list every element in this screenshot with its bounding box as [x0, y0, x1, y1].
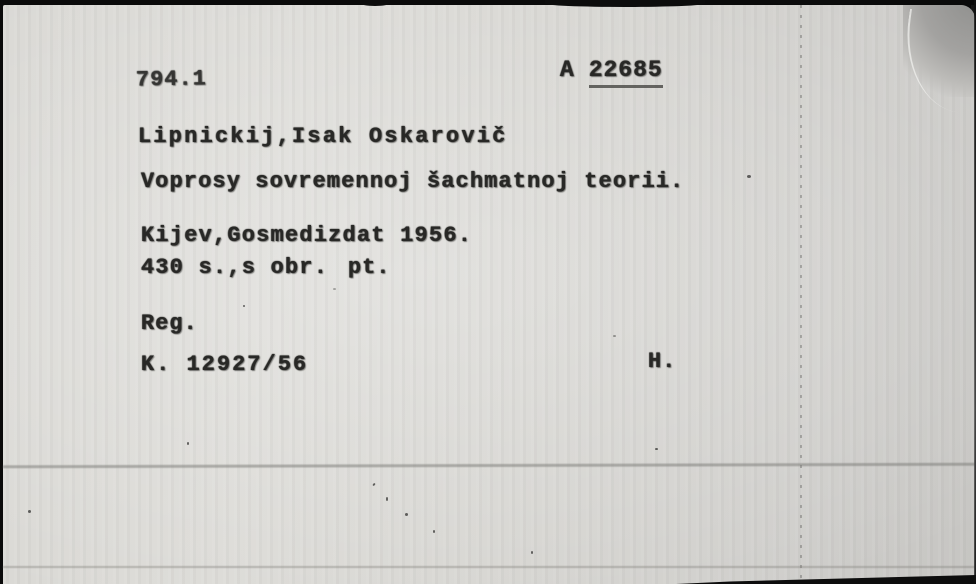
accession-prefix: A [560, 57, 575, 83]
ink-speck [386, 497, 388, 501]
ink-speck [243, 305, 245, 307]
card-bottom-rule-line [3, 566, 975, 568]
classification-number: 794.1 [136, 66, 207, 92]
collation-line: 430 s.,s obr. [141, 255, 328, 280]
ink-speck [187, 442, 189, 445]
scan-edge-blob [360, 0, 390, 6]
ink-speck [405, 513, 408, 516]
imprint-line: Kijev,Gosmedizdat 1956. [141, 223, 472, 248]
ink-speck [28, 510, 31, 513]
ink-speck [655, 448, 658, 450]
ink-speck [372, 483, 375, 487]
registration-note: Reg. [141, 311, 198, 336]
ink-speck [531, 551, 533, 554]
accession-number-value: 22685 [589, 57, 663, 88]
catalog-card: 794.1 A22685 Lipnickij,Isak Oskarovič Vo… [3, 5, 975, 584]
annotation-letter: H. [648, 349, 676, 374]
record-number: K. 12927/56 [141, 352, 308, 377]
title-line: Voprosy sovremennoj šachmatnoj teorii. [141, 169, 684, 194]
ink-speck [613, 335, 616, 337]
card-rule-line [3, 463, 975, 469]
accession-number: A22685 [560, 57, 663, 88]
vertical-crease-line [800, 5, 802, 584]
ink-speck [747, 175, 751, 178]
scan-edge-blob [770, 0, 860, 5]
ink-speck [333, 288, 336, 290]
price-note: pt. [348, 255, 391, 280]
ink-speck [433, 530, 435, 533]
scan-edge-blob [545, 0, 705, 7]
author-line: Lipnickij,Isak Oskarovič [138, 124, 508, 149]
